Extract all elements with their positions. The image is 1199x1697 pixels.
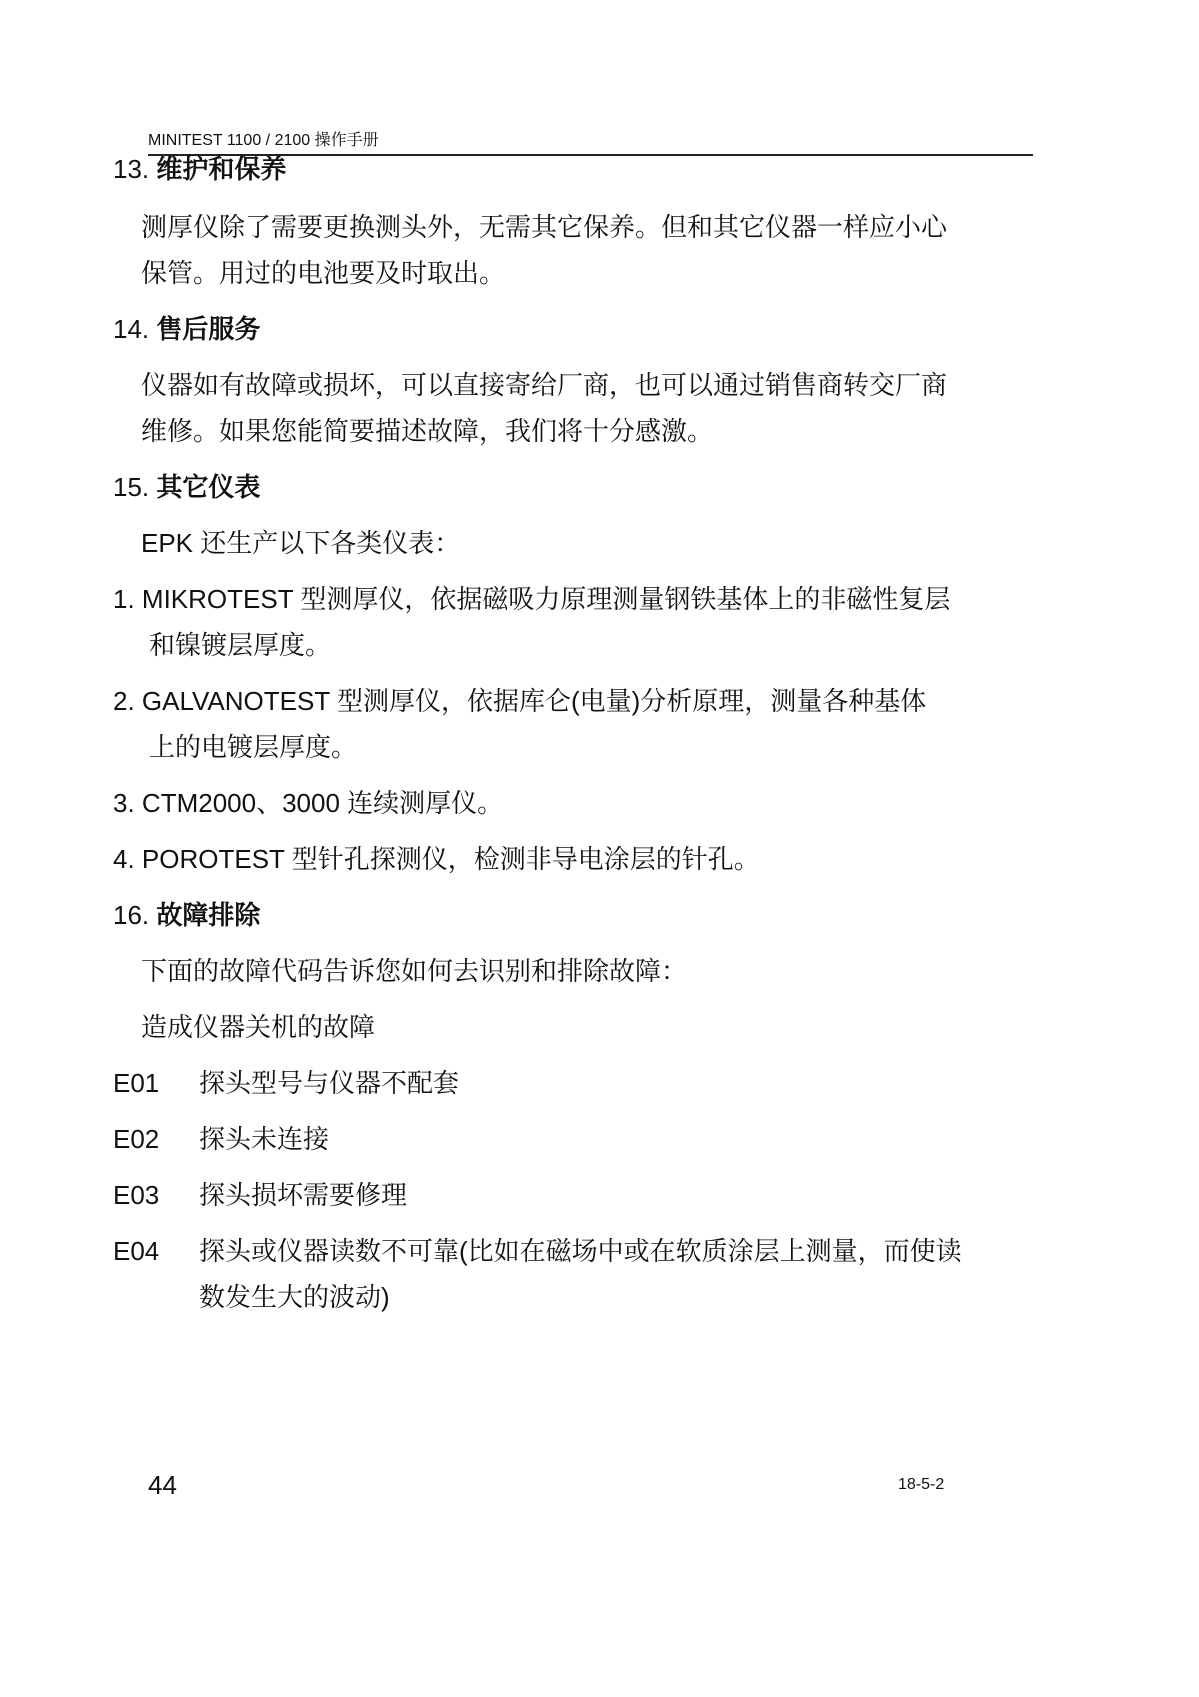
footer-date: 18-5-2 — [898, 1476, 944, 1494]
section-title: 维护和保养 — [156, 154, 286, 184]
section-15-heading: 15. 其它仪表 — [113, 463, 260, 511]
error-code: E04 — [113, 1227, 159, 1275]
list-number: 2. — [113, 686, 135, 716]
section-number: 14. — [113, 314, 149, 344]
list-text: POROTEST 型针孔探测仪，检测非导电涂层的针孔。 — [142, 844, 760, 874]
error-desc: 探头型号与仪器不配套 — [199, 1059, 459, 1107]
paragraph-line: 仪器如有故障或损坏，可以直接寄给厂商，也可以通过销售商转交厂商 — [141, 361, 947, 409]
paragraph-line: 保管。用过的电池要及时取出。 — [141, 249, 505, 297]
list-item: 1. MIKROTEST 型测厚仪，依据磁吸力原理测量钢铁基体上的非磁性复层 — [113, 575, 950, 623]
list-item: 3. CTM2000、3000 连续测厚仪。 — [113, 779, 503, 827]
list-number: 3. — [113, 788, 135, 818]
section-number: 15. — [113, 472, 149, 502]
list-number: 4. — [113, 844, 135, 874]
section-title: 故障排除 — [156, 900, 260, 930]
intro-line: 下面的故障代码告诉您如何去识别和排除故障： — [141, 947, 687, 995]
error-code: E02 — [113, 1115, 159, 1163]
paragraph-line: 维修。如果您能简要描述故障，我们将十分感激。 — [141, 407, 713, 455]
list-item-cont: 和镍镀层厚度。 — [149, 621, 331, 669]
list-item: 2. GALVANOTEST 型测厚仪，依据库仑(电量)分析原理，测量各种基体 — [113, 677, 926, 725]
list-item-cont: 上的电镀层厚度。 — [149, 723, 357, 771]
intro-line: EPK 还生产以下各类仪表： — [141, 519, 460, 567]
section-number: 16. — [113, 900, 149, 930]
section-16-heading: 16. 故障排除 — [113, 891, 260, 939]
list-text: MIKROTEST 型测厚仪，依据磁吸力原理测量钢铁基体上的非磁性复层 — [142, 584, 950, 614]
error-desc: 探头未连接 — [199, 1115, 329, 1163]
section-title: 售后服务 — [156, 314, 260, 344]
section-14-heading: 14. 售后服务 — [113, 305, 260, 353]
page-number: 44 — [148, 1470, 177, 1501]
error-code: E01 — [113, 1059, 159, 1107]
list-text: GALVANOTEST 型测厚仪，依据库仑(电量)分析原理，测量各种基体 — [142, 686, 926, 716]
error-desc-cont: 数发生大的波动) — [199, 1273, 390, 1321]
list-number: 1. — [113, 584, 135, 614]
error-desc: 探头或仪器读数不可靠(比如在磁场中或在软质涂层上测量，而使读 — [199, 1227, 962, 1275]
subheading: 造成仪器关机的故障 — [141, 1003, 375, 1051]
section-title: 其它仪表 — [156, 472, 260, 502]
list-item: 4. POROTEST 型针孔探测仪，检测非导电涂层的针孔。 — [113, 835, 760, 883]
list-text: CTM2000、3000 连续测厚仪。 — [142, 788, 503, 818]
section-13-heading: 13. 维护和保养 — [113, 145, 286, 193]
paragraph-line: 测厚仪除了需要更换测头外，无需其它保养。但和其它仪器一样应小心 — [141, 203, 947, 251]
error-code: E03 — [113, 1171, 159, 1219]
error-desc: 探头损坏需要修理 — [199, 1171, 407, 1219]
section-number: 13. — [113, 154, 149, 184]
